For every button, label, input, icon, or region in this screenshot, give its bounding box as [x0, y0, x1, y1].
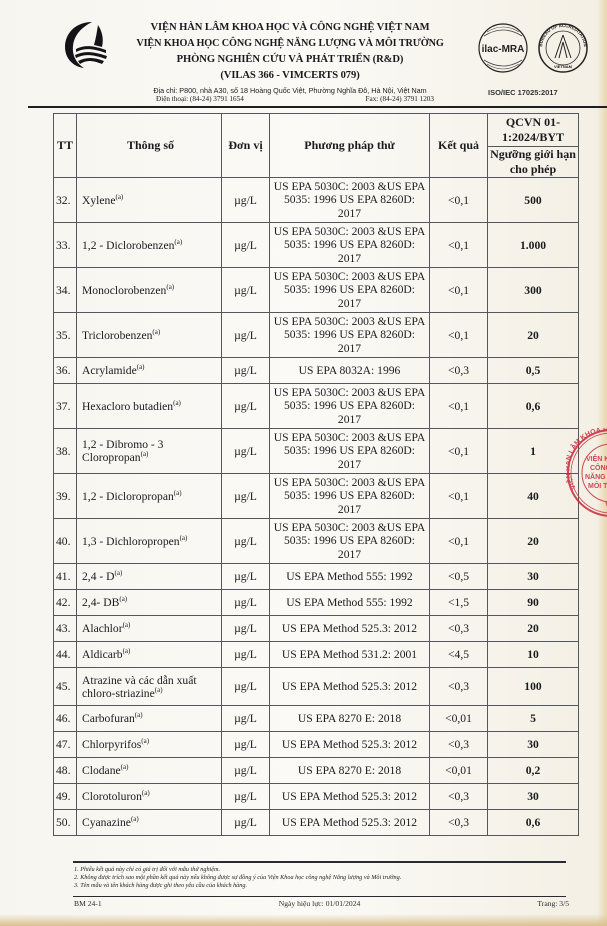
limit-value: 0,2 [488, 758, 579, 784]
page-number: Trang: 3/5 [537, 899, 569, 908]
unit: µg/L [222, 668, 270, 706]
footnote-marker: (a) [123, 647, 131, 655]
unit: µg/L [222, 178, 270, 223]
parameter-name: Carbofuran(a) [77, 706, 222, 732]
unit: µg/L [222, 564, 270, 590]
footnote-marker: (a) [121, 763, 129, 771]
unit: µg/L [222, 474, 270, 519]
limit-value: 100 [488, 668, 579, 706]
ilac-mra-logo-icon: ilac-MRA [479, 24, 527, 72]
footer-divider-2 [73, 896, 566, 897]
note-3: 3. Tên mẫu và tên khách hàng được ghi th… [74, 882, 401, 890]
fax: Fax: (84-24) 3791 1203 [366, 95, 434, 104]
unit: µg/L [222, 642, 270, 668]
table-row: 35.Triclorobenzen(a)µg/LUS EPA 5030C: 20… [54, 313, 579, 358]
result-value: <0,3 [430, 784, 488, 810]
unit: µg/L [222, 429, 270, 474]
table-row: 47.Chlorpyrifos(a)µg/LUS EPA Method 525.… [54, 732, 579, 758]
result-value: <1,5 [430, 590, 488, 616]
limit-value: 5 [488, 706, 579, 732]
footnote-marker: (a) [131, 815, 139, 823]
footnote-marker: (a) [115, 569, 123, 577]
col-header-standard: QCVN 01-1:2024/BYT [488, 114, 579, 147]
table-row: 43.Alachlor(a)µg/LUS EPA Method 525.3: 2… [54, 616, 579, 642]
table-row: 33.1,2 - Diclorobenzen(a)µg/LUS EPA 5030… [54, 223, 579, 268]
table-row: 44.Aldicarb(a)µg/LUS EPA Method 531.2: 2… [54, 642, 579, 668]
footnote-marker: (a) [141, 450, 149, 458]
phone: Điện thoại: (84-24) 3791 1654 [156, 95, 244, 104]
test-method: US EPA Method 525.3: 2012 [270, 810, 430, 836]
footnote-marker: (a) [119, 595, 127, 603]
test-method: US EPA 8032A: 1996 [270, 358, 430, 384]
footnote-marker: (a) [142, 789, 150, 797]
row-number: 36. [54, 358, 77, 384]
table-row: 48.Clodane(a)µg/LUS EPA 8270 E: 2018<0,0… [54, 758, 579, 784]
row-number: 43. [54, 616, 77, 642]
table-row: 40.1,3 - Dichloropropen(a)µg/LUS EPA 503… [54, 519, 579, 564]
test-results-table: TT Thông số Đơn vị Phương pháp thử Kết q… [53, 113, 579, 836]
row-number: 41. [54, 564, 77, 590]
result-value: <0,1 [430, 268, 488, 313]
parameter-name: 2,4- DB(a) [77, 590, 222, 616]
table-row: 32.Xylene(a)µg/LUS EPA 5030C: 2003 &US E… [54, 178, 579, 223]
limit-value: 1.000 [488, 223, 579, 268]
header-divider [28, 106, 607, 108]
row-number: 42. [54, 590, 77, 616]
parameter-name: 2,4 - D(a) [77, 564, 222, 590]
row-number: 48. [54, 758, 77, 784]
row-number: 34. [54, 268, 77, 313]
contact-line: Điện thoại: (84-24) 3791 1654 Fax: (84-2… [120, 95, 460, 104]
test-method: US EPA Method 531.2: 2001 [270, 642, 430, 668]
svg-text:CÔNG NG: CÔNG NG [590, 463, 607, 472]
parameter-name: 1,3 - Dichloropropen(a) [77, 519, 222, 564]
row-number: 39. [54, 474, 77, 519]
col-header-tt: TT [54, 114, 77, 178]
accreditation-codes: (VILAS 366 - VIMCERTS 079) [120, 68, 460, 84]
accreditation-logos: ilac-MRA BUREAU OF ACCREDITATION VIETNAM [478, 22, 598, 74]
footnote-marker: (a) [180, 534, 188, 542]
parameter-name: Triclorobenzen(a) [77, 313, 222, 358]
limit-value: 500 [488, 178, 579, 223]
note-2: 2. Không được trích sao một phần kết quả… [74, 874, 401, 882]
table-row: 36.Acrylamide(a)µg/LUS EPA 8032A: 1996<0… [54, 358, 579, 384]
footnote-marker: (a) [141, 737, 149, 745]
unit: µg/L [222, 758, 270, 784]
parameter-name: 1,2 - Diclorobenzen(a) [77, 223, 222, 268]
bureau-of-accreditation-logo-icon: BUREAU OF ACCREDITATION VIETNAM [538, 23, 588, 72]
footnote-marker: (a) [135, 711, 143, 719]
result-value: <0,1 [430, 178, 488, 223]
row-number: 45. [54, 668, 77, 706]
limit-value: 300 [488, 268, 579, 313]
limit-value: 40 [488, 474, 579, 519]
unit: µg/L [222, 384, 270, 429]
effective-date: Ngày hiệu lực: 01/01/2024 [279, 899, 361, 908]
col-header-parameter: Thông số [77, 114, 222, 178]
footnote-marker: (a) [155, 686, 163, 694]
col-header-result: Kết quả [430, 114, 488, 178]
table-row: 41.2,4 - D(a)µg/LUS EPA Method 555: 1992… [54, 564, 579, 590]
result-value: <0,1 [430, 223, 488, 268]
row-number: 50. [54, 810, 77, 836]
svg-text:MÔI TRƯ: MÔI TRƯ [588, 481, 607, 490]
footer-divider [73, 861, 566, 863]
parameter-name: 1,2 - Dicloropropan(a) [77, 474, 222, 519]
footnote-marker: (a) [137, 363, 145, 371]
unit: µg/L [222, 590, 270, 616]
footnote-marker: (a) [173, 399, 181, 407]
department-name: PHÒNG NGHIÊN CỨU VÀ PHÁT TRIỂN (R&D) [120, 52, 460, 68]
result-value: <0,1 [430, 384, 488, 429]
limit-value: 20 [488, 519, 579, 564]
result-value: <0,3 [430, 668, 488, 706]
footnote-marker: (a) [174, 238, 182, 246]
limit-value: 1 [488, 429, 579, 474]
table-row: 49.Clorotoluron(a)µg/LUS EPA Method 525.… [54, 784, 579, 810]
form-code: BM 24-1 [74, 899, 102, 908]
footnote-marker: (a) [152, 328, 160, 336]
test-method: US EPA 8270 E: 2018 [270, 758, 430, 784]
limit-value: 10 [488, 642, 579, 668]
limit-value: 0,5 [488, 358, 579, 384]
test-method: US EPA 5030C: 2003 &US EPA 5035: 1996 US… [270, 474, 430, 519]
unit: µg/L [222, 616, 270, 642]
unit: µg/L [222, 519, 270, 564]
parameter-name: Acrylamide(a) [77, 358, 222, 384]
unit: µg/L [222, 784, 270, 810]
parameter-name: Hexacloro butadien(a) [77, 384, 222, 429]
test-method: US EPA Method 525.3: 2012 [270, 784, 430, 810]
test-method: US EPA Method 525.3: 2012 [270, 616, 430, 642]
test-method: US EPA 5030C: 2003 &US EPA 5035: 1996 US… [270, 178, 430, 223]
limit-value: 0,6 [488, 384, 579, 429]
institute-header: VIỆN HÀN LÂM KHOA HỌC VÀ CÔNG NGHỆ VIỆT … [120, 20, 460, 104]
svg-text:NĂNG LƯỢ: NĂNG LƯỢ [585, 472, 607, 481]
svg-text:ilac-MRA: ilac-MRA [482, 44, 525, 55]
parameter-name: 1,2 - Dibromo - 3 Cloropropan(a) [77, 429, 222, 474]
footnote-marker: (a) [123, 621, 131, 629]
parameter-name: Xylene(a) [77, 178, 222, 223]
parameter-name: Aldicarb(a) [77, 642, 222, 668]
footer-notes: 1. Phiếu kết quả này chỉ có giá trị đối … [74, 866, 401, 890]
parameter-name: Alachlor(a) [77, 616, 222, 642]
test-method: US EPA 5030C: 2003 &US EPA 5035: 1996 US… [270, 429, 430, 474]
result-value: <0,3 [430, 358, 488, 384]
results-body: 32.Xylene(a)µg/LUS EPA 5030C: 2003 &US E… [54, 178, 579, 836]
result-value: <0,01 [430, 706, 488, 732]
test-method: US EPA 8270 E: 2018 [270, 706, 430, 732]
institute-name: VIỆN KHOA HỌC CÔNG NGHỆ NĂNG LƯỢNG VÀ MÔ… [120, 36, 460, 52]
table-row: 37.Hexacloro butadien(a)µg/LUS EPA 5030C… [54, 384, 579, 429]
svg-text:VIỆN KHOA: VIỆN KHOA [586, 454, 607, 463]
unit: µg/L [222, 223, 270, 268]
row-number: 33. [54, 223, 77, 268]
col-header-limit: Ngưỡng giới hạn cho phép [488, 147, 579, 178]
result-value: <0,1 [430, 519, 488, 564]
note-1: 1. Phiếu kết quả này chỉ có giá trị đối … [74, 866, 401, 874]
limit-value: 20 [488, 616, 579, 642]
iso-standard: ISO/IEC 17025:2017 [488, 88, 558, 97]
col-header-method: Phương pháp thử [270, 114, 430, 178]
limit-value: 30 [488, 564, 579, 590]
test-method: US EPA 5030C: 2003 &US EPA 5035: 1996 US… [270, 268, 430, 313]
table-row: 50.Cyanazine(a)µg/LUS EPA Method 525.3: … [54, 810, 579, 836]
col-header-unit: Đơn vị [222, 114, 270, 178]
unit: µg/L [222, 268, 270, 313]
test-method: US EPA 5030C: 2003 &US EPA 5035: 1996 US… [270, 223, 430, 268]
official-red-stamp: VIỆN HÀN LÂM KHOA HỌC V VIỆN KHOA CÔNG N… [566, 428, 607, 518]
result-value: <0,01 [430, 758, 488, 784]
unit: µg/L [222, 313, 270, 358]
test-method: US EPA Method 555: 1992 [270, 564, 430, 590]
result-value: <0,1 [430, 429, 488, 474]
unit: µg/L [222, 732, 270, 758]
table-row: 34.Monoclorobenzen(a)µg/LUS EPA 5030C: 2… [54, 268, 579, 313]
result-value: <0,3 [430, 616, 488, 642]
table-row: 42.2,4- DB(a)µg/LUS EPA Method 555: 1992… [54, 590, 579, 616]
row-number: 46. [54, 706, 77, 732]
test-method: US EPA 5030C: 2003 &US EPA 5035: 1996 US… [270, 384, 430, 429]
table-row: 39.1,2 - Dicloropropan(a)µg/LUS EPA 5030… [54, 474, 579, 519]
test-method: US EPA Method 555: 1992 [270, 590, 430, 616]
academy-name: VIỆN HÀN LÂM KHOA HỌC VÀ CÔNG NGHỆ VIỆT … [120, 20, 460, 36]
parameter-name: Atrazine và các dẫn xuất chloro-striazin… [77, 668, 222, 706]
limit-value: 90 [488, 590, 579, 616]
limit-value: 30 [488, 784, 579, 810]
limit-value: 0,6 [488, 810, 579, 836]
row-number: 38. [54, 429, 77, 474]
row-number: 32. [54, 178, 77, 223]
parameter-name: Monoclorobenzen(a) [77, 268, 222, 313]
parameter-name: Clodane(a) [77, 758, 222, 784]
test-method: US EPA 5030C: 2003 &US EPA 5035: 1996 US… [270, 313, 430, 358]
paper-edge-shadow-bottom [0, 914, 607, 926]
footnote-marker: (a) [115, 193, 123, 201]
address: Địa chỉ: P800, nhà A30, số 18 Hoàng Quốc… [120, 86, 460, 95]
footnote-marker: (a) [174, 489, 182, 497]
institute-wave-logo-icon [62, 19, 112, 69]
limit-value: 30 [488, 732, 579, 758]
test-method: US EPA 5030C: 2003 &US EPA 5035: 1996 US… [270, 519, 430, 564]
limit-value: 20 [488, 313, 579, 358]
row-number: 47. [54, 732, 77, 758]
unit: µg/L [222, 706, 270, 732]
table-row: 38.1,2 - Dibromo - 3 Cloropropan(a)µg/LU… [54, 429, 579, 474]
result-value: <0,1 [430, 313, 488, 358]
parameter-name: Cyanazine(a) [77, 810, 222, 836]
result-value: <0,3 [430, 732, 488, 758]
result-value: <4,5 [430, 642, 488, 668]
test-method: US EPA Method 525.3: 2012 [270, 668, 430, 706]
unit: µg/L [222, 810, 270, 836]
row-number: 49. [54, 784, 77, 810]
row-number: 35. [54, 313, 77, 358]
result-value: <0,1 [430, 474, 488, 519]
parameter-name: Chlorpyrifos(a) [77, 732, 222, 758]
row-number: 40. [54, 519, 77, 564]
table-row: 46.Carbofuran(a)µg/LUS EPA 8270 E: 2018<… [54, 706, 579, 732]
footnote-marker: (a) [166, 283, 174, 291]
table-row: 45.Atrazine và các dẫn xuất chloro-stria… [54, 668, 579, 706]
row-number: 37. [54, 384, 77, 429]
test-method: US EPA Method 525.3: 2012 [270, 732, 430, 758]
row-number: 44. [54, 642, 77, 668]
result-value: <0,3 [430, 810, 488, 836]
svg-text:VIETNAM: VIETNAM [554, 64, 573, 69]
unit: µg/L [222, 358, 270, 384]
parameter-name: Clorotoluron(a) [77, 784, 222, 810]
footer-meta: BM 24-1 Ngày hiệu lực: 01/01/2024 Trang:… [74, 899, 569, 908]
result-value: <0,5 [430, 564, 488, 590]
